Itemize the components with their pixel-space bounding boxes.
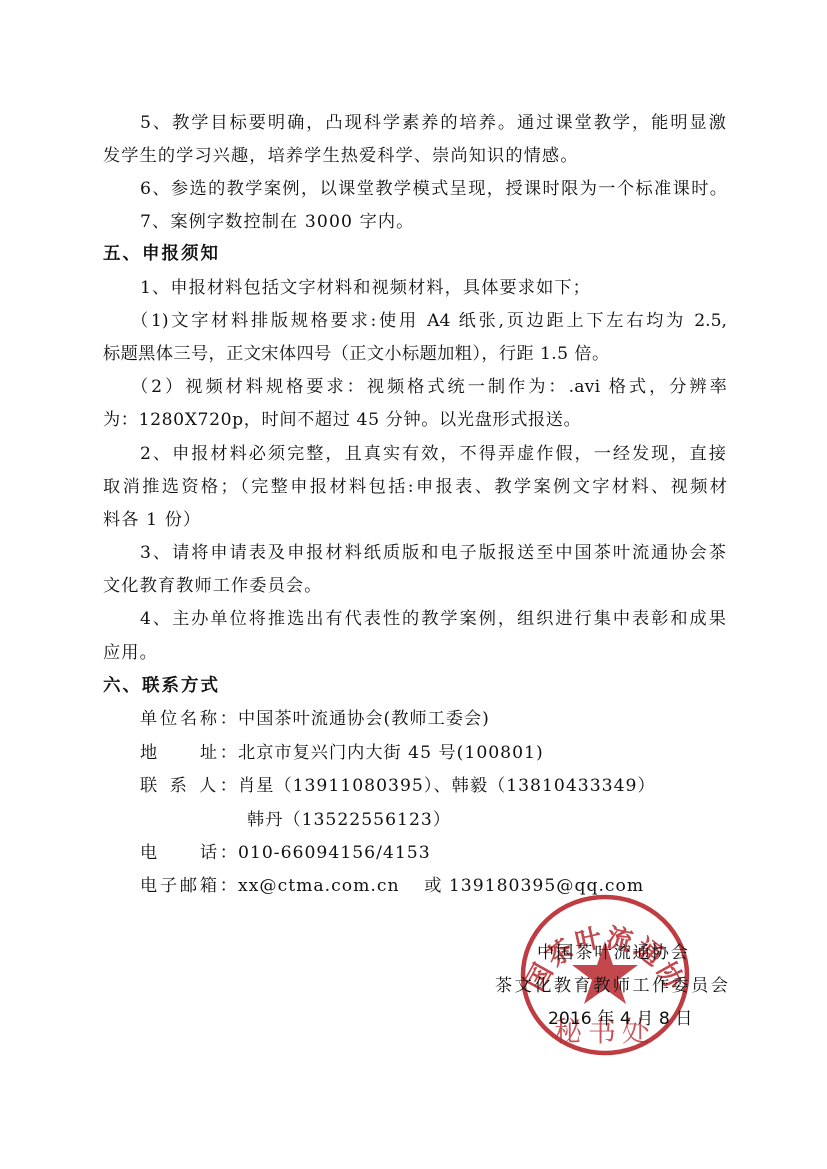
s5-item-3-line-1: 3、请将申请表及申报材料纸质版和电子版报送至中国茶叶流通协会茶 xyxy=(140,542,727,564)
s5-item-2-line-2: 取消推选资格；（完整申报材料包括:申报表、教学案例文字材料、视频材 xyxy=(103,476,727,498)
signature-date: 2016 年 4 月 8 日 xyxy=(548,1008,688,1030)
contact-value-email[interactable]: xx@ctma.com.cn 或 139180395@qq.com xyxy=(238,875,644,897)
contact-label: 地 址： xyxy=(140,742,238,764)
s5-item-2-line-3: 料各 1 份） xyxy=(103,509,727,531)
contact-row-email: 电子邮箱：xx@ctma.com.cn 或 139180395@qq.com xyxy=(140,875,644,897)
contact-label: 联 系 人： xyxy=(140,775,238,797)
contact-label: 电 话： xyxy=(140,842,238,864)
s5-item-1-sub-2-line-2: 为：1280X720p，时间不超过 45 分钟。以光盘形式报送。 xyxy=(103,409,727,431)
s5-item-4-line-2: 应用。 xyxy=(103,642,727,664)
contact-value: 韩丹（13522556123） xyxy=(247,809,451,831)
item-7-line-1: 7、案例字数控制在 3000 字内。 xyxy=(140,211,727,233)
contact-row-people-continued: 韩丹（13522556123） xyxy=(247,809,451,831)
contact-row-people: 联 系 人：肖星（13911080395）、韩毅（13810433349） xyxy=(140,775,656,797)
s5-item-3-line-2: 文化教育教师工作委员会。 xyxy=(103,575,727,597)
contact-value: 010-66094156/4153 xyxy=(238,842,431,864)
item-5-line-1: 5、教学目标要明确，凸现科学素养的培养。通过课堂教学，能明显激 xyxy=(140,112,727,134)
contact-label: 单位名称： xyxy=(140,708,238,730)
item-5-line-2: 发学生的学习兴趣，培养学生热爱科学、崇尚知识的情感。 xyxy=(103,145,727,167)
signature-org-2: 茶文化教育教师工作委员会 xyxy=(495,975,728,997)
document-page: 5、教学目标要明确，凸现科学素养的培养。通过课堂教学，能明显激 发学生的学习兴趣… xyxy=(0,0,827,1169)
contact-value: 肖星（13911080395）、韩毅（13810433349） xyxy=(238,775,656,797)
contact-value: 中国茶叶流通协会(教师工委会) xyxy=(238,708,490,730)
s5-item-1-sub-1-line-2: 标题黑体三号，正文宋体四号（正文小标题加粗），行距 1.5 倍。 xyxy=(103,343,727,365)
s5-item-1-sub-1-line-1: （1)文字材料排版规格要求:使用 A4 纸张,页边距上下左右均为 2.5, xyxy=(131,310,727,332)
contact-row-phone: 电 话：010-66094156/4153 xyxy=(140,842,431,864)
contact-row-organization: 单位名称：中国茶叶流通协会(教师工委会) xyxy=(140,708,490,730)
section-6-heading: 六、联系方式 xyxy=(103,675,220,697)
contact-value: 北京市复兴门内大街 45 号(100801) xyxy=(238,742,544,764)
s5-item-1-sub-2-line-1: （2）视频材料规格要求：视频格式统一制作为：.avi 格式，分辨率 xyxy=(131,376,727,398)
signature-org-1: 中国茶叶流通协会 xyxy=(537,942,688,964)
item-6-line-1: 6、参选的教学案例，以课堂教学模式呈现，授课时限为一个标准课时。 xyxy=(140,178,727,200)
s5-item-1-line-1: 1、申报材料包括文字材料和视频材料，具体要求如下； xyxy=(140,277,727,299)
s5-item-2-line-1: 2、申报材料必须完整，且真实有效，不得弄虚作假，一经发现，直接 xyxy=(140,443,727,465)
s5-item-4-line-1: 4、主办单位将推选出有代表性的教学案例，组织进行集中表彰和成果 xyxy=(140,608,727,630)
section-5-heading: 五、申报须知 xyxy=(103,243,220,265)
contact-label: 电子邮箱： xyxy=(140,875,238,897)
contact-row-address: 地 址：北京市复兴门内大街 45 号(100801) xyxy=(140,742,544,764)
